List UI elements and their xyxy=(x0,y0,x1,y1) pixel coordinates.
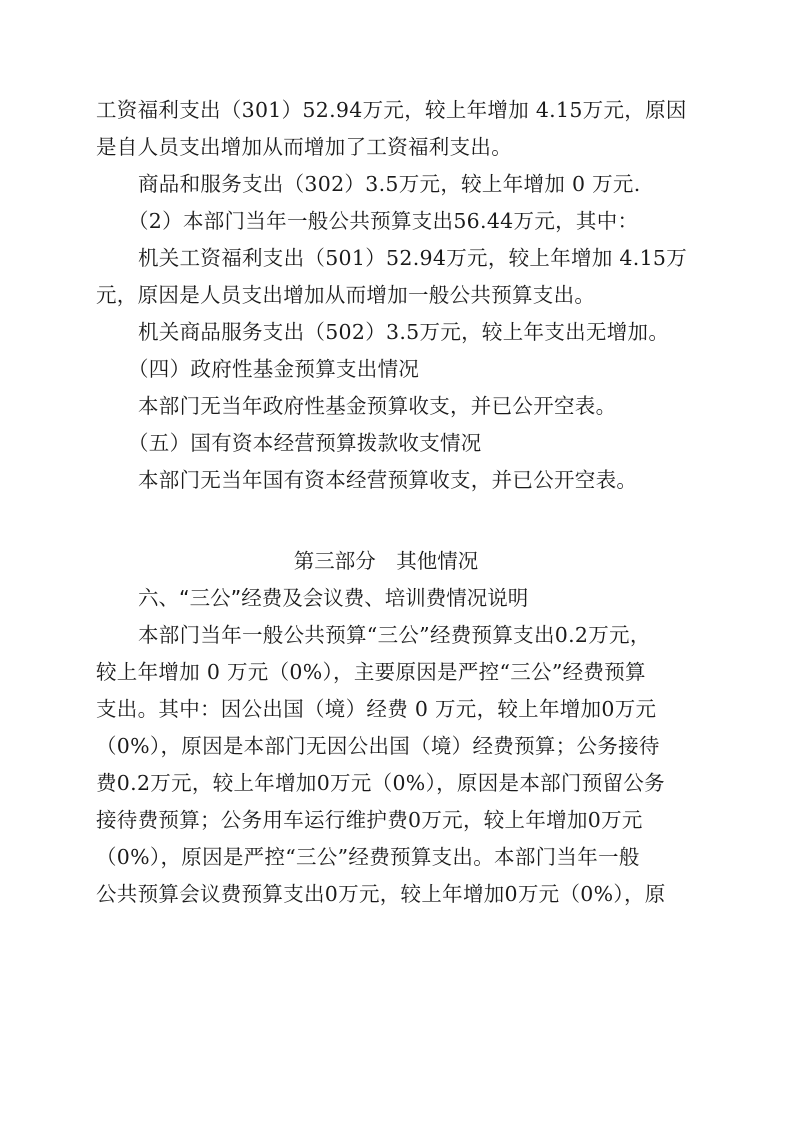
body-line: 本部门当年一般公共预算“三公”经费预算支出0.2万元， xyxy=(96,617,686,654)
section-title-state-capital: （五）国有资本经营预算拨款收支情况 xyxy=(96,425,686,462)
body-line: （0%），原因是严控“三公”经费预算支出。本部门当年一般 xyxy=(96,839,686,876)
body-line: 工资福利支出（301）52.94万元，较上年增加 4.15万元，原因 xyxy=(96,92,686,129)
body-line: 机关商品服务支出（502）3.5万元，较上年支出无增加。 xyxy=(96,314,686,351)
body-line: 接待费预算；公务用车运行维护费0万元，较上年增加0万元 xyxy=(96,802,686,839)
body-line: 元，原因是人员支出增加从而增加一般公共预算支出。 xyxy=(96,277,686,314)
section-title-govt-fund: （四）政府性基金预算支出情况 xyxy=(96,351,686,388)
body-line: 商品和服务支出（302）3.5万元，较上年增加 0 万元. xyxy=(96,166,686,203)
body-line: 较上年增加 0 万元（0%），主要原因是严控“三公”经费预算 xyxy=(96,654,686,691)
body-line: 是自人员支出增加从而增加了工资福利支出。 xyxy=(96,129,686,166)
section-body-govt-fund: 本部门无当年政府性基金预算收支，并已公开空表。 xyxy=(96,388,686,425)
body-line: 费0.2万元，较上年增加0万元（0%），原因是本部门预留公务 xyxy=(96,765,686,802)
subsection-title: 六、“三公”经费及会议费、培训费情况说明 xyxy=(96,580,686,617)
spacer xyxy=(96,499,686,543)
section-body-state-capital: 本部门无当年国有资本经营预算收支，并已公开空表。 xyxy=(96,462,686,499)
body-line: 公共预算会议费预算支出0万元，较上年增加0万元（0%），原 xyxy=(96,876,686,913)
body-line: 支出。其中：因公出国（境）经费 0 万元，较上年增加0万元 xyxy=(96,691,686,728)
body-line: （2）本部门当年一般公共预算支出56.44万元，其中： xyxy=(96,203,686,240)
body-line: （0%），原因是本部门无因公出国（境）经费预算；公务接待 xyxy=(96,728,686,765)
part-title: 第三部分 其他情况 xyxy=(96,543,686,580)
body-line: 机关工资福利支出（501）52.94万元，较上年增加 4.15万 xyxy=(96,240,686,277)
document-page: 工资福利支出（301）52.94万元，较上年增加 4.15万元，原因 是自人员支… xyxy=(96,92,686,913)
